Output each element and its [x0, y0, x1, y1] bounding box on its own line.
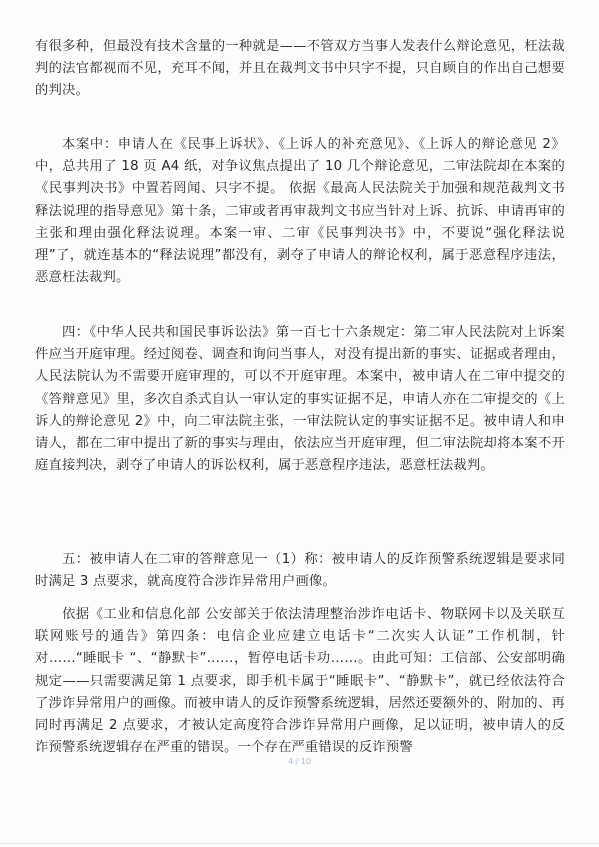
paragraph-text: 本案中：申请人在《民事上诉状》、《上诉人的补充意见》、《上诉人的辩论意见 2》中… — [35, 134, 565, 289]
page-number: 4 / 10 — [0, 757, 599, 766]
paragraph-text: 有很多种，但最没有技术含量的一种就是——不管双方当事人发表什么辩论意见，枉法裁判… — [35, 36, 565, 103]
paragraph-section-four: 四：《中华人民共和国民事诉讼法》第一百七十六条规定：第二审人民法院对上诉案件应当… — [35, 322, 565, 477]
page-bottom-edge — [0, 843, 599, 844]
document-page: 有很多种，但最没有技术含量的一种就是——不管双方当事人发表什么辩论意见，枉法裁判… — [0, 0, 599, 847]
paragraph-text: 四：《中华人民共和国民事诉讼法》第一百七十六条规定：第二审人民法院对上诉案件应当… — [35, 322, 565, 477]
paragraph-section-five: 五：被申请人在二审的答辩意见一（1）称：被申请人的反诈预警系统逻辑是要求同时满足… — [35, 549, 565, 593]
paragraph-case-arguments: 本案中：申请人在《民事上诉状》、《上诉人的补充意见》、《上诉人的辩论意见 2》中… — [35, 134, 565, 289]
paragraph-text: 五：被申请人在二审的答辩意见一（1）称：被申请人的反诈预警系统逻辑是要求同时满足… — [35, 549, 565, 593]
paragraph-continuation: 有很多种，但最没有技术含量的一种就是——不管双方当事人发表什么辩论意见，枉法裁判… — [35, 36, 565, 103]
paragraph-notice-basis: 依据《工业和信息化部 公安部关于依法清理整治涉诈电话卡、物联网卡以及关联互联网账… — [35, 604, 565, 759]
paragraph-text: 依据《工业和信息化部 公安部关于依法清理整治涉诈电话卡、物联网卡以及关联互联网账… — [35, 604, 565, 759]
